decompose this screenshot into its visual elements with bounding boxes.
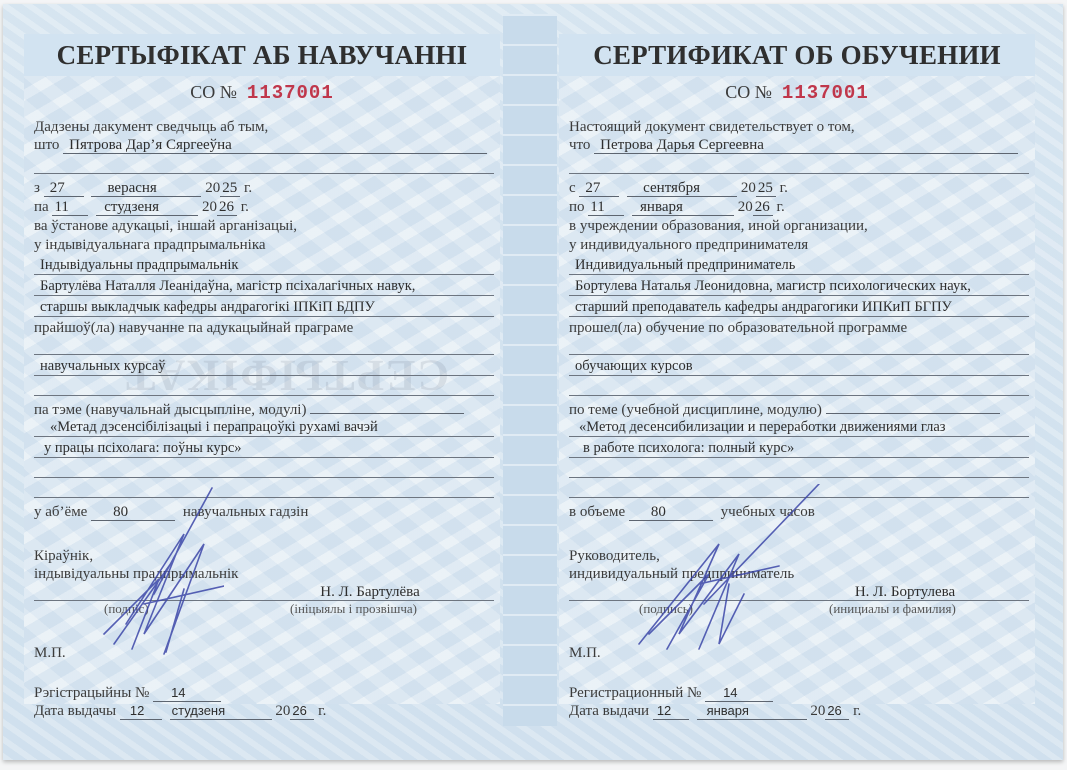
who-label: что <box>569 137 590 153</box>
issue-year: 26 <box>290 703 314 720</box>
year-suffix: г. <box>853 703 861 719</box>
year-suffix: г. <box>241 199 249 215</box>
provider-line-2: Бортулева Наталья Леонидовна, магистр пс… <box>569 278 1029 296</box>
provider-line-3: старший преподаватель кафедры андрагогик… <box>569 299 1029 317</box>
blank-rule <box>569 497 1029 498</box>
stamp-label: М.П. <box>34 644 490 662</box>
hours-value: 80 <box>91 504 175 521</box>
head-title-2: індывідуальны прадпрымальнік <box>34 565 490 583</box>
from-label: з <box>34 180 40 196</box>
year-prefix: 20 <box>738 199 753 215</box>
issue-day: 12 <box>120 703 162 720</box>
registration-number: 14 <box>153 685 221 702</box>
intro-text: Дадзены дакумент сведчыць аб тым, <box>34 118 490 136</box>
recipient-name: Петрова Дарья Сергеевна <box>594 137 1018 154</box>
serial-label: СО № <box>190 82 237 102</box>
provider-line-2: Бартулёва Наталля Леанідаўна, магістр пс… <box>34 278 494 296</box>
blank-rule <box>34 395 494 396</box>
issue-month: января <box>697 703 807 720</box>
to-label: па <box>34 199 49 215</box>
certificate-title: СЕРТЫФІКАТ АБ НАВУЧАННІ <box>24 40 500 71</box>
year-suffix: г. <box>780 180 788 196</box>
provider-line-1: Индивидуальный предприниматель <box>569 257 1029 275</box>
head-title-1: Кіраўнік, <box>34 547 490 565</box>
completed-label: прайшоў(ла) навучанне па адукацыйнай пра… <box>34 319 490 337</box>
to-year: 26 <box>753 199 773 216</box>
registration-label: Регистрационный № <box>569 685 701 701</box>
registration-label: Рэгістрацыйны № <box>34 685 149 701</box>
from-day: 27 <box>44 180 84 197</box>
institution-label-1: в учреждении образования, иной организац… <box>569 217 1025 235</box>
volume-label: у аб’ёме <box>34 504 87 520</box>
year-suffix: г. <box>777 199 785 215</box>
recipient-row: што Пятрова Дар’я Сяргееўна <box>34 136 490 154</box>
year-prefix: 20 <box>202 199 217 215</box>
year-prefix: 20 <box>741 180 756 196</box>
provider-line-3: старшы выкладчык кафедры андрагогікі ІПК… <box>34 299 494 317</box>
certificate-page-russian: СЕРТИФИКАТ ОБ ОБУЧЕНИИ СО №1137001 Насто… <box>559 34 1035 704</box>
blank-rule <box>34 354 494 355</box>
hours-value: 80 <box>629 504 713 521</box>
certificate-title: СЕРТИФИКАТ ОБ ОБУЧЕНИИ <box>559 40 1035 71</box>
serial-number: СО №1137001 <box>559 82 1035 104</box>
volume-row: у аб’ёме 80 навучальных гадзін <box>34 503 490 521</box>
registration-row: Регистрационный № 14 <box>569 684 1025 702</box>
signer-name: Н. Л. Бартулёва <box>280 584 460 601</box>
signer-caption: (инициалы и фамилия) <box>829 601 956 617</box>
topic-line-2: у працы псіхолага: поўны курс» <box>34 440 494 458</box>
to-day: 11 <box>588 199 624 216</box>
serial-label: СО № <box>725 82 772 102</box>
blank-rule <box>569 354 1029 355</box>
from-year: 25 <box>220 180 240 197</box>
topic-blank <box>826 413 1000 414</box>
issue-date-row: Дата выдачи 12 января 2026 г. <box>569 702 1025 720</box>
program-name: навучальных курсаў <box>34 358 494 376</box>
year-suffix: г. <box>318 703 326 719</box>
blank-rule <box>569 477 1029 478</box>
topic-label: па тэме (навучальнай дысцыпліне, модулі) <box>34 402 306 418</box>
topic-label: по теме (учебной дисциплине, модулю) <box>569 402 822 418</box>
topic-row: па тэме (навучальнай дысцыпліне, модулі) <box>34 401 490 419</box>
issue-day: 12 <box>653 703 689 720</box>
signer-name: Н. Л. Бортулева <box>815 584 995 601</box>
topic-line-1: «Метод десенсибилизации и переработки дв… <box>569 419 1029 437</box>
to-month: января <box>632 199 734 216</box>
issue-date-row: Дата выдачы 12 студзеня 2026 г. <box>34 702 490 720</box>
from-month: сентября <box>627 180 737 197</box>
to-month: студзеня <box>96 199 198 216</box>
blank-rule <box>569 395 1029 396</box>
issue-month: студзеня <box>170 703 272 720</box>
issue-label: Дата выдачи <box>569 703 649 719</box>
recipient-name: Пятрова Дар’я Сяргееўна <box>63 137 487 154</box>
signature-caption: (подпіс) <box>104 601 149 617</box>
intro-text: Настоящий документ свидетельствует о том… <box>569 118 1025 136</box>
year-prefix: 20 <box>810 703 825 719</box>
blank-rule <box>34 173 494 174</box>
volume-label: в объеме <box>569 504 625 520</box>
year-prefix: 20 <box>205 180 220 196</box>
head-title-2: индивидуальный предприниматель <box>569 565 1025 583</box>
certificate-page-belarusian: СЕРТЫФІКАТ АБ НАВУЧАННІ СО №1137001 СЕРТ… <box>24 34 500 704</box>
volume-row: в объеме 80 учебных часов <box>569 503 1025 521</box>
recipient-row: что Петрова Дарья Сергеевна <box>569 136 1025 154</box>
blank-rule <box>34 477 494 478</box>
institution-label-2: у індывідуальнага прадпрымальніка <box>34 236 490 254</box>
institution-label-2: у индивидуального предпринимателя <box>569 236 1025 254</box>
stamp-label: М.П. <box>569 644 1025 662</box>
to-year: 26 <box>217 199 237 216</box>
to-label: по <box>569 199 585 215</box>
hours-unit: учебных часов <box>721 504 815 520</box>
from-year: 25 <box>756 180 776 197</box>
institution-label-1: ва ўстанове адукацыі, іншай арганізацыі, <box>34 217 490 235</box>
who-label: што <box>34 137 59 153</box>
date-to-row: по 11 января 2026 г. <box>569 198 1025 216</box>
issue-label: Дата выдачы <box>34 703 116 719</box>
topic-row: по теме (учебной дисциплине, модулю) <box>569 401 1025 419</box>
provider-line-1: Індывідуальны прадпрымальнік <box>34 257 494 275</box>
from-day: 27 <box>579 180 619 197</box>
blank-rule <box>34 497 494 498</box>
head-title-1: Руководитель, <box>569 547 1025 565</box>
registration-row: Рэгістрацыйны № 14 <box>34 684 490 702</box>
issue-year: 26 <box>825 703 849 720</box>
registration-number: 14 <box>705 685 773 702</box>
topic-line-2: в работе психолога: полный курс» <box>569 440 1029 458</box>
blank-rule <box>569 173 1029 174</box>
date-to-row: па 11 студзеня 2026 г. <box>34 198 490 216</box>
serial-value: 1137001 <box>247 82 334 104</box>
signature-caption: (подпись) <box>639 601 693 617</box>
date-from-row: с 27 сентября 2025 г. <box>569 179 1025 197</box>
from-label: с <box>569 180 576 196</box>
topic-line-1: «Метад дэсенсібілізацыі і перапрацоўкі р… <box>34 419 494 437</box>
signer-caption: (ініцыялы і прозвішча) <box>290 601 417 617</box>
program-name: обучающих курсов <box>569 358 1029 376</box>
year-suffix: г. <box>244 180 252 196</box>
topic-blank <box>310 413 464 414</box>
year-prefix: 20 <box>275 703 290 719</box>
to-day: 11 <box>52 199 88 216</box>
date-from-row: з 27 верасня 2025 г. <box>34 179 490 197</box>
serial-number: СО №1137001 <box>24 82 500 104</box>
completed-label: прошел(ла) обучение по образовательной п… <box>569 319 1025 337</box>
serial-value: 1137001 <box>782 82 869 104</box>
booklet-spine <box>503 14 557 726</box>
hours-unit: навучальных гадзін <box>183 504 309 520</box>
from-month: верасня <box>91 180 201 197</box>
